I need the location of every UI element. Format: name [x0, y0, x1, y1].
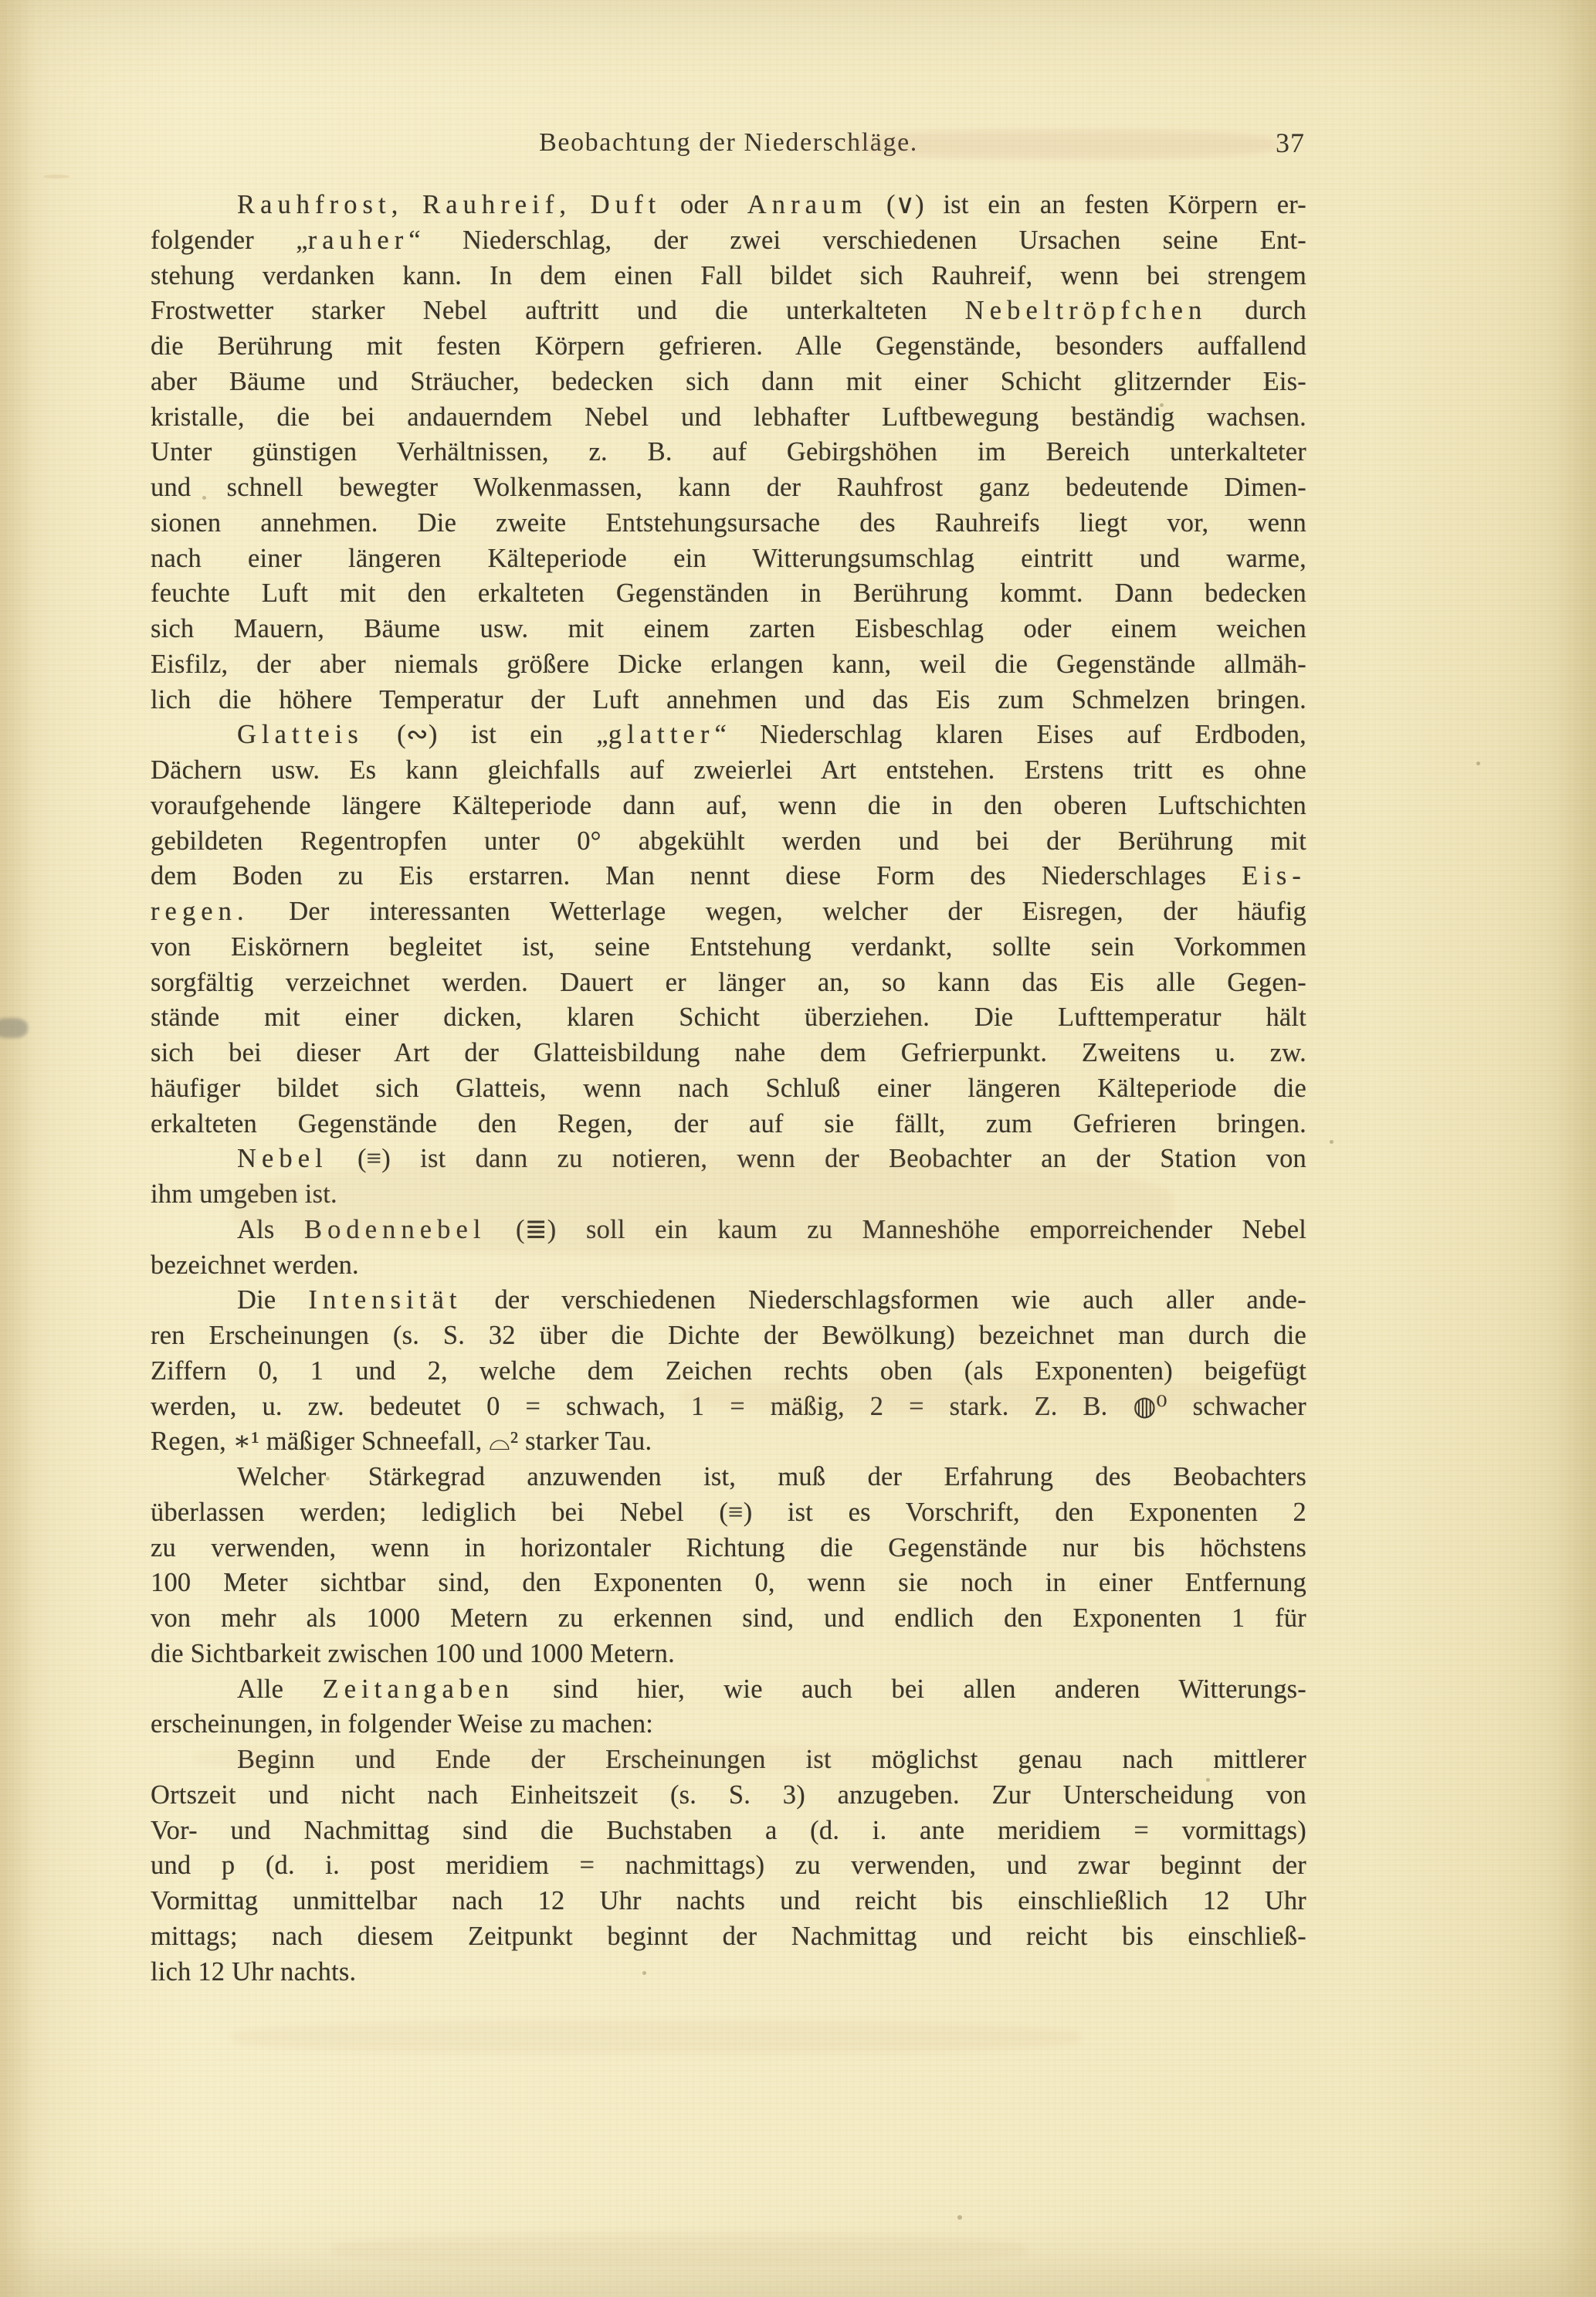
text-line: die Sichtbarkeit zwischen 100 und 1000 M…: [151, 1637, 1306, 1672]
paper-speck: [1330, 1140, 1333, 1144]
text-line: zu verwenden, wenn in horizontaler Richt…: [151, 1531, 1306, 1566]
text-line: Vormittag unmittelbar nach 12 Uhr nachts…: [151, 1884, 1306, 1919]
letterspaced-emphasis: Rauhreif,: [422, 190, 571, 219]
text-line: Vor- und Nachmittag sind die Buchstaben …: [151, 1814, 1306, 1849]
text-line: voraufgehende längere Kälteperiode dann …: [151, 789, 1306, 824]
text-line: ren Erscheinungen (s. S. 32 über die Dic…: [151, 1318, 1306, 1354]
text-line: erscheinungen, in folgender Weise zu mac…: [151, 1707, 1306, 1742]
text-line: mittags; nach diesem Zeitpunkt beginnt d…: [151, 1919, 1306, 1955]
letterspaced-emphasis: rauher: [308, 226, 409, 255]
letterspaced-emphasis: regen.: [151, 897, 249, 926]
paper-speck: [43, 175, 69, 178]
text-line: sich bei dieser Art der Glatteisbildung …: [151, 1036, 1306, 1071]
text-line: lich die höhere Temperatur der Luft anne…: [151, 683, 1306, 718]
text-line: 100 Meter sichtbar sind, den Exponenten …: [151, 1566, 1306, 1601]
text-column: Rauhfrost, Rauhreif, Duft oder Anraum (∨…: [151, 188, 1306, 1990]
text-line: von mehr als 1000 Metern zu erkennen sin…: [151, 1601, 1306, 1637]
text-line: überlassen werden; lediglich bei Nebel (…: [151, 1495, 1306, 1531]
text-line: folgender „rauher“ Niederschlag, der zwe…: [151, 223, 1306, 259]
letterspaced-emphasis: Nebeltröpfchen: [965, 296, 1208, 325]
letterspaced-emphasis: Glatteis: [237, 720, 364, 749]
text-line: Die Intensität der verschiedenen Nieders…: [151, 1283, 1306, 1318]
text-line: Frostwetter starker Nebel auftritt und d…: [151, 293, 1306, 329]
letterspaced-emphasis: Intensität: [308, 1285, 462, 1315]
text-line: sorgfältig verzeichnet werden. Dauert er…: [151, 965, 1306, 1001]
text-line: von Eiskörnern begleitet ist, seine Ents…: [151, 930, 1306, 965]
letterspaced-emphasis: Bodennebel: [304, 1215, 486, 1244]
letterspaced-emphasis: Rauhfrost,: [237, 190, 403, 219]
text-line: gebildeten Regentropfen unter 0° abgeküh…: [151, 824, 1306, 860]
text-line: stehung verdanken kann. In dem einen Fal…: [151, 259, 1306, 294]
text-line: Glatteis (∾) ist ein „glatter“ Niedersch…: [151, 718, 1306, 753]
paper-speck: [957, 2215, 962, 2220]
text-line: Ortszeit und nicht nach Einheitszeit (s.…: [151, 1778, 1306, 1814]
letterspaced-emphasis: Duft: [591, 190, 662, 219]
text-line: nach einer längeren Kälteperiode ein Wit…: [151, 541, 1306, 577]
text-line: Beginn und Ende der Erscheinungen ist mö…: [151, 1742, 1306, 1778]
text-line: bezeichnet werden.: [151, 1248, 1306, 1284]
text-line: Ziffern 0, 1 und 2, welche dem Zeichen r…: [151, 1354, 1306, 1389]
book-page: Beobachtung der Niederschläge. 37 Rauhfr…: [0, 0, 1596, 2297]
paper-speck: [1476, 762, 1480, 765]
text-line: und p (d. i. post meridiem = nachmittags…: [151, 1848, 1306, 1884]
text-line: die Berührung mit festen Körpern gefrier…: [151, 329, 1306, 365]
text-line: dem Boden zu Eis erstarren. Man nennt di…: [151, 859, 1306, 894]
letterspaced-emphasis: Nebel: [237, 1144, 328, 1173]
letterspaced-emphasis: Zeitangaben: [323, 1674, 514, 1704]
text-line: Welcher Stärkegrad anzuwenden ist, muß d…: [151, 1460, 1306, 1495]
text-line: häufiger bildet sich Glatteis, wenn nach…: [151, 1071, 1306, 1107]
text-line: lich 12 Uhr nachts.: [151, 1955, 1306, 1990]
page-number: 37: [1276, 127, 1305, 159]
text-line: Rauhfrost, Rauhreif, Duft oder Anraum (∨…: [151, 188, 1306, 223]
text-line: sich Mauern, Bäume usw. mit einem zarten…: [151, 612, 1306, 647]
text-line: erkalteten Gegenstände den Regen, der au…: [151, 1107, 1306, 1142]
text-line: sionen annehmen. Die zweite Entstehungsu…: [151, 506, 1306, 541]
text-line: kristalle, die bei andauerndem Nebel und…: [151, 400, 1306, 436]
text-line: regen. Der interessanten Wetterlage wege…: [151, 894, 1306, 930]
text-line: und schnell bewegter Wolkenmassen, kann …: [151, 470, 1306, 506]
text-line: Unter günstigen Verhältnissen, z. B. auf…: [151, 435, 1306, 470]
text-line: Dächern usw. Es kann gleichfalls auf zwe…: [151, 753, 1306, 789]
text-line: Als Bodennebel (≣) soll ein kaum zu Mann…: [151, 1213, 1306, 1248]
text-line: aber Bäume und Sträucher, bedecken sich …: [151, 365, 1306, 400]
letterspaced-emphasis: Anraum: [747, 190, 868, 219]
bleedthrough-ghost-text: [332, 2234, 1027, 2266]
text-line: stände mit einer dicken, klaren Schicht …: [151, 1000, 1306, 1036]
text-line: werden, u. zw. bedeutet 0 = schwach, 1 =…: [151, 1389, 1306, 1425]
text-line: Alle Zeitangaben sind hier, wie auch bei…: [151, 1672, 1306, 1708]
text-line: feuchte Luft mit den erkalteten Gegenstä…: [151, 576, 1306, 612]
bleedthrough-ghost-text: [232, 2020, 1081, 2054]
letterspaced-emphasis: glatter: [608, 720, 715, 749]
edge-smudge: [0, 1018, 28, 1038]
text-line: Eisfilz, der aber niemals größere Dicke …: [151, 647, 1306, 683]
text-line: ihm umgeben ist.: [151, 1177, 1306, 1213]
running-title: Beobachtung der Niederschläge.: [151, 128, 1306, 158]
text-line: Nebel (≡) ist dann zu notieren, wenn der…: [151, 1142, 1306, 1177]
page-header: Beobachtung der Niederschläge. 37: [151, 128, 1306, 165]
letterspaced-emphasis: Eis-: [1242, 861, 1306, 891]
text-line: Regen, ∗¹ mäßiger Schneefall, ⌓² starker…: [151, 1424, 1306, 1460]
